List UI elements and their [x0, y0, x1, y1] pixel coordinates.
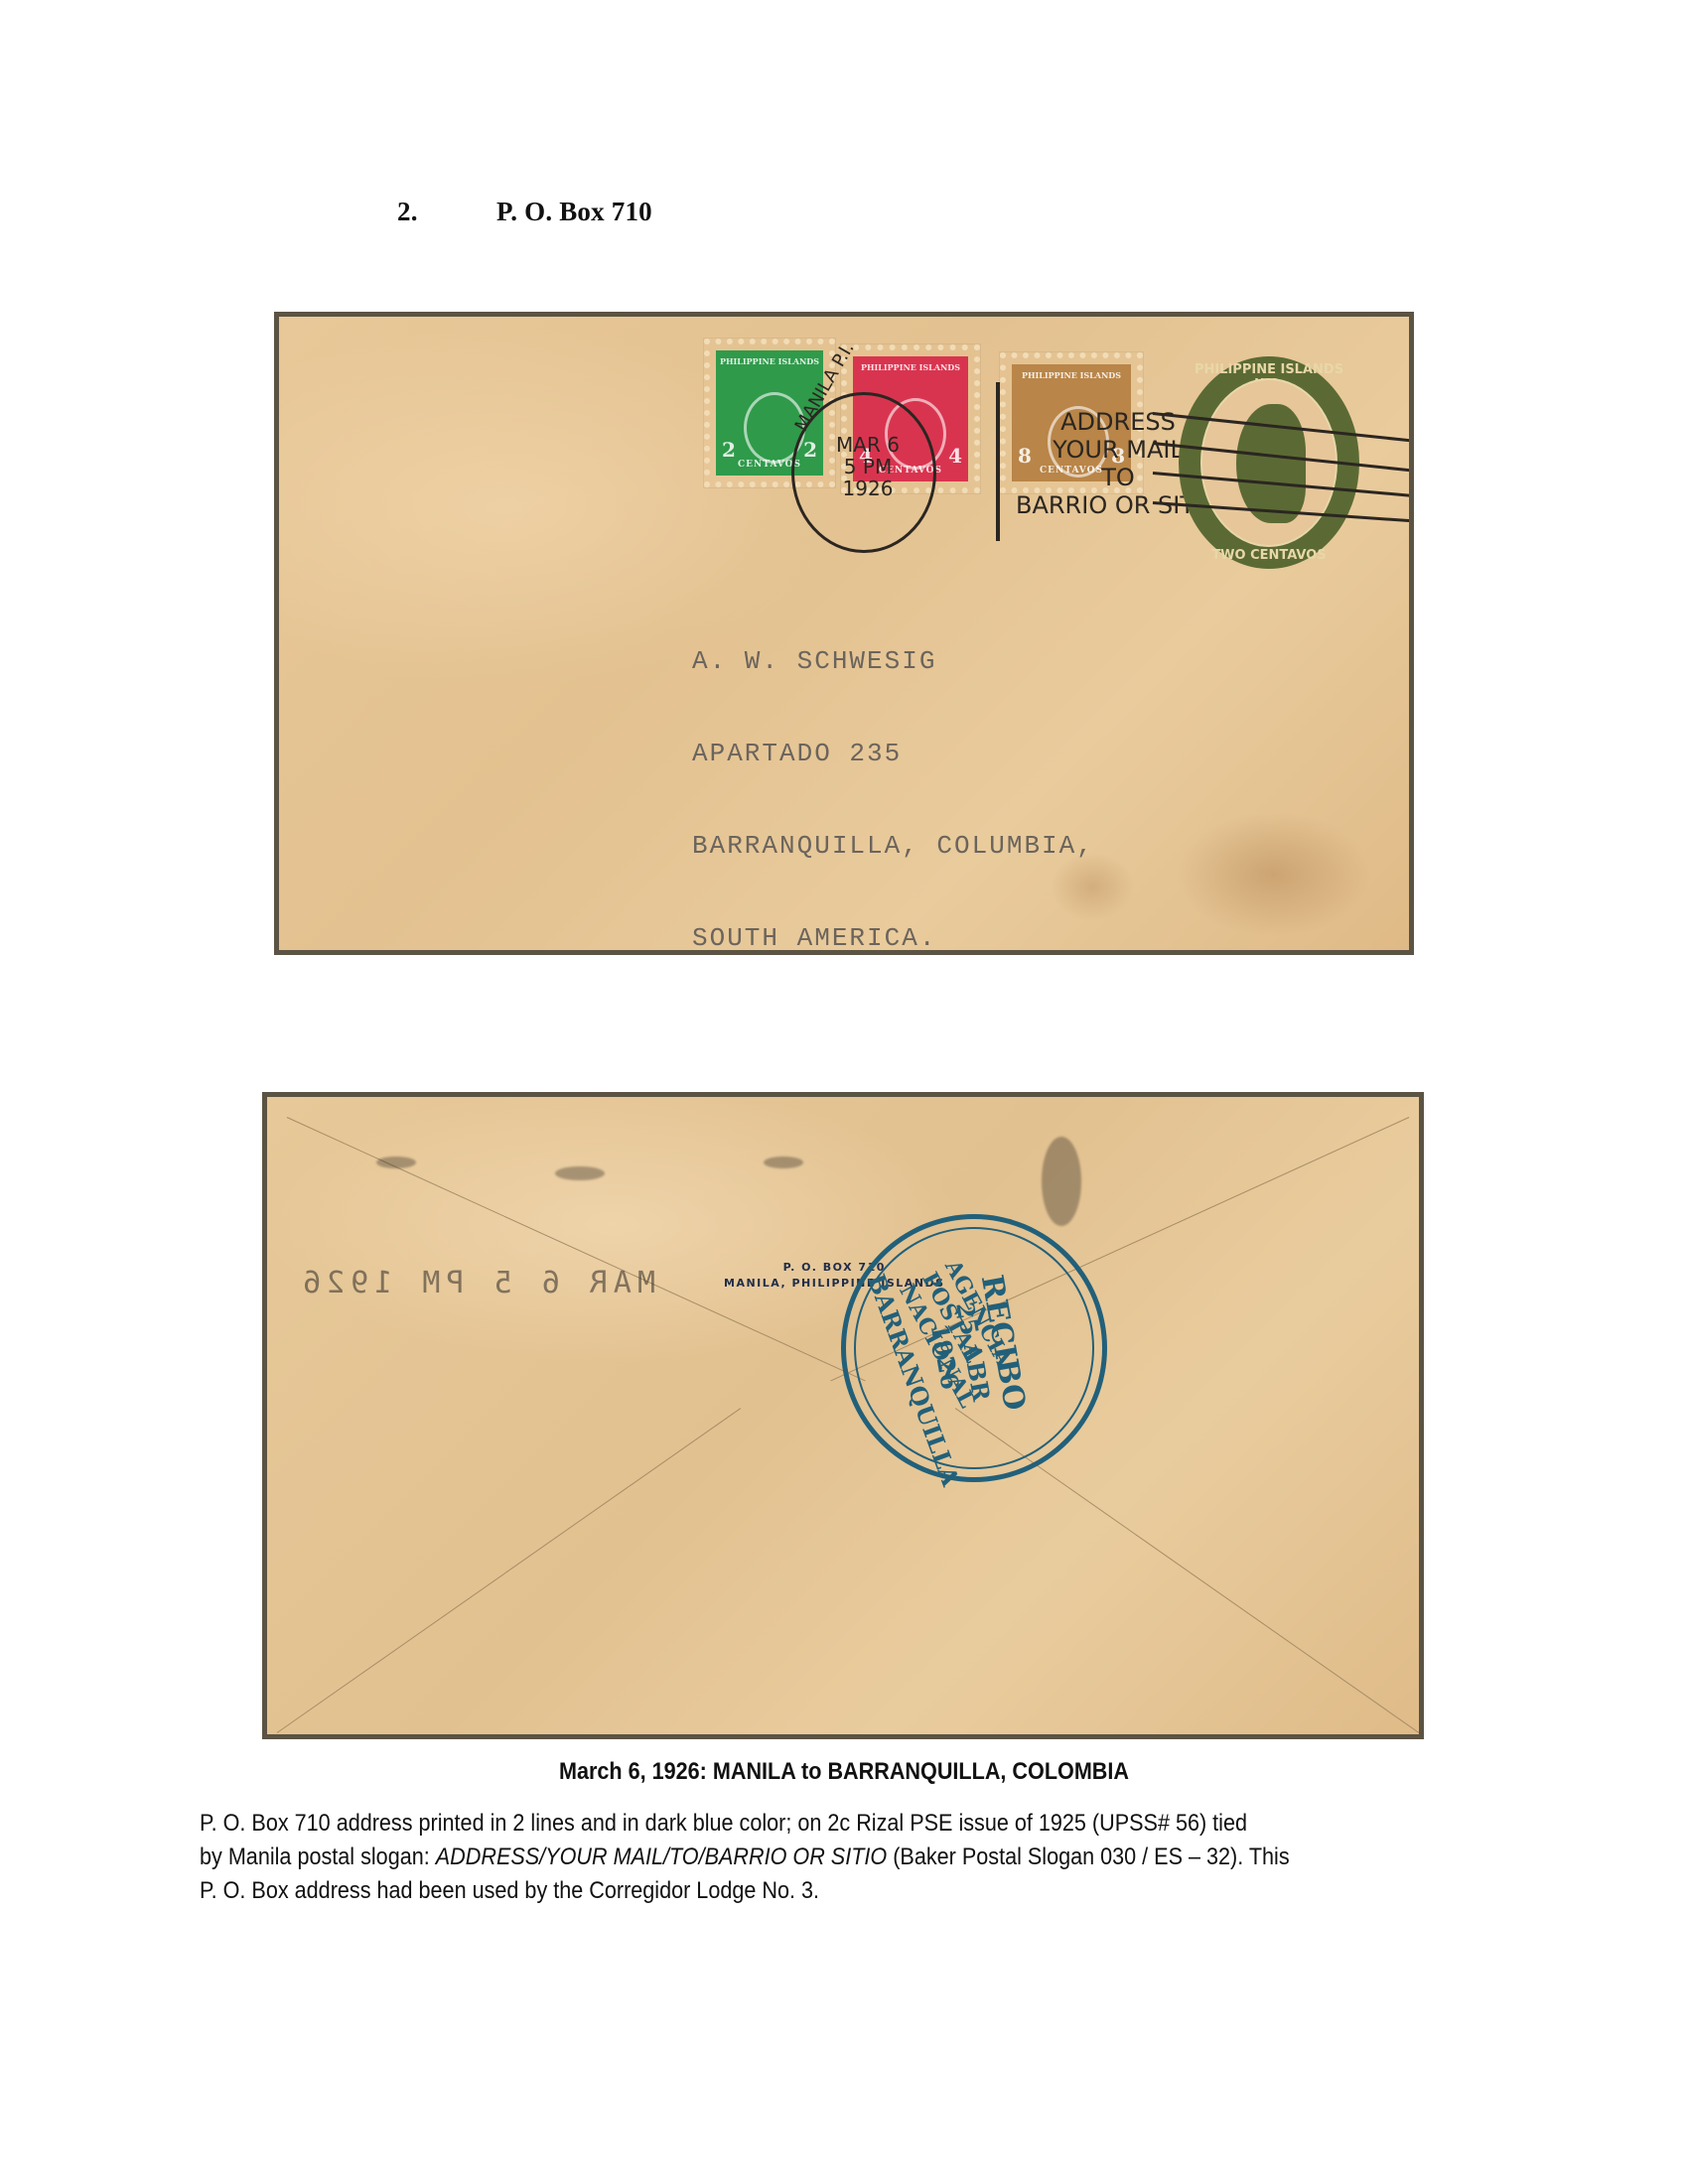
postmark-year: 1926	[823, 478, 913, 499]
stamp-label-top: PHILIPPINE ISLANDS	[716, 356, 823, 366]
offset-postmark-impression: MAR 6 5 PM 1926	[297, 1266, 655, 1300]
paper-texture	[267, 1097, 1419, 1734]
stamp-label-top: PHILIPPINE ISLANDS	[1012, 370, 1131, 380]
caption-line: P. O. Box 710 address printed in 2 lines…	[200, 1807, 1379, 1841]
slogan-text-italic: ADDRESS/YOUR MAIL/TO/BARRIO OR SITIO	[436, 1843, 887, 1870]
stamp-denomination: 2	[722, 438, 736, 462]
address-line: APARTADO 235	[692, 739, 1094, 769]
postmark-date: MAR 6	[823, 434, 913, 456]
address-line: SOUTH AMERICA.	[692, 923, 1094, 954]
envelope-front-image: PHILIPPINE ISLANDS 2 2 CENTAVOS PHILIPPI…	[274, 312, 1414, 955]
caption-line: by Manila postal slogan: ADDRESS/YOUR MA…	[200, 1841, 1379, 1874]
caption-line: P. O. Box address had been used by the C…	[200, 1874, 1379, 1908]
ink-smudge	[1042, 1137, 1081, 1226]
caption-text: by Manila postal slogan:	[200, 1843, 436, 1870]
recipient-address: A. W. SCHWESIG APARTADO 235 BARRANQUILLA…	[692, 585, 1094, 955]
postmark-time: 5 PM	[823, 456, 913, 478]
section-title: P. O. Box 710	[496, 197, 652, 227]
slogan-cancel-bar	[996, 382, 1000, 541]
address-line: BARRANQUILLA, COLUMBIA,	[692, 831, 1094, 862]
address-line: A. W. SCHWESIG	[692, 646, 1094, 677]
caption-title: March 6, 1926: MANILA to BARRANQUILLA, C…	[84, 1758, 1604, 1786]
indicia-oval	[1200, 378, 1337, 547]
caption-body: P. O. Box 710 address printed in 2 lines…	[200, 1807, 1379, 1908]
ink-smudge	[555, 1166, 605, 1180]
envelope-back-image: MAR 6 5 PM 1926 P. O. BOX 710 MANILA, PH…	[262, 1092, 1424, 1739]
stamp-denomination: 4	[948, 444, 962, 468]
ink-smudge	[764, 1157, 803, 1168]
section-number: 2.	[397, 197, 418, 227]
indicia-bottom-text: TWO CENTAVOS	[1179, 548, 1359, 563]
postmark-text: MAR 6 5 PM 1926	[823, 434, 913, 499]
caption-text: (Baker Postal Slogan 030 / ES – 32). Thi…	[887, 1843, 1289, 1870]
ink-smudge	[376, 1157, 416, 1168]
stamp-label-top: PHILIPPINE ISLANDS	[853, 362, 968, 372]
